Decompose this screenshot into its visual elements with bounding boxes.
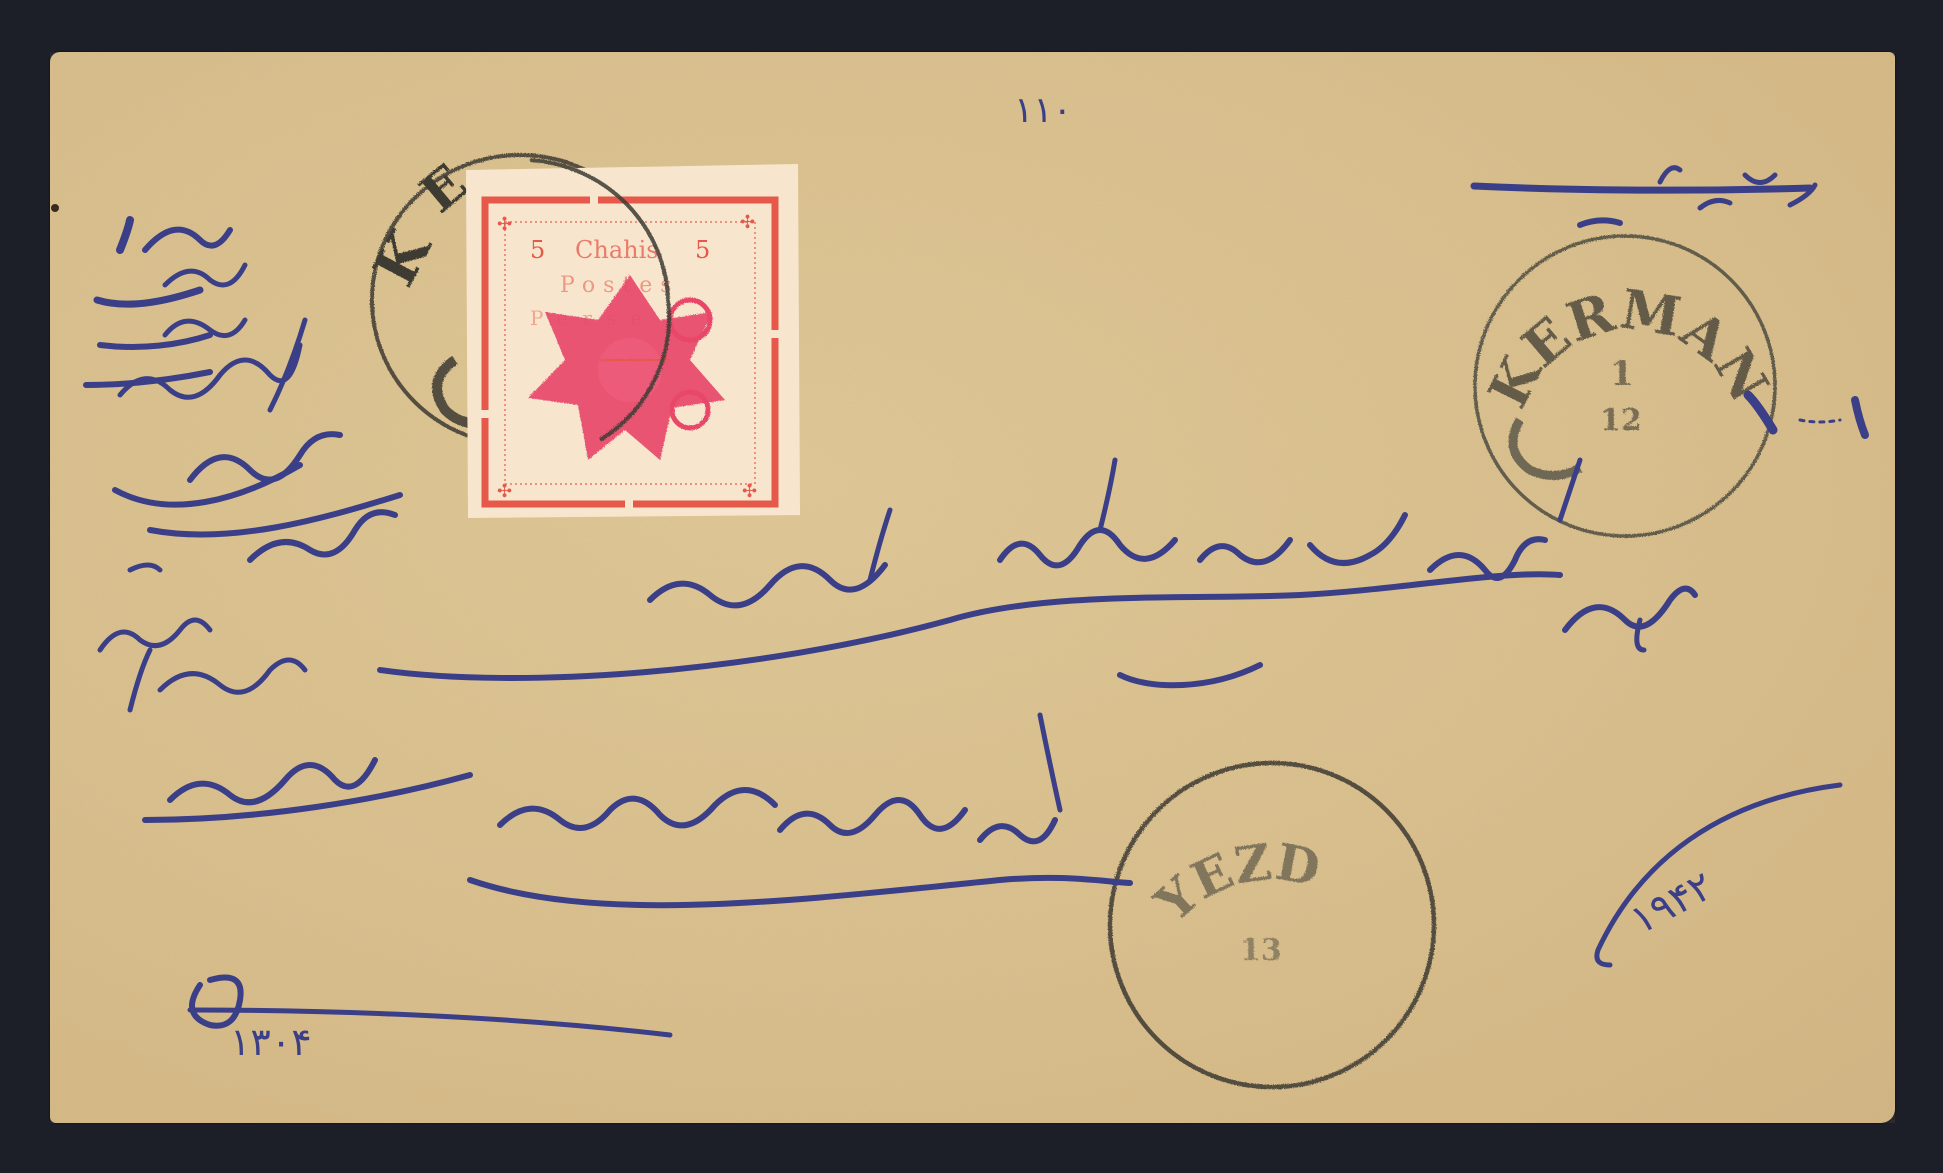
svg-text:12: 12 — [1600, 403, 1642, 438]
postage-stamp: ✣ ✣ ✣ ✣ 5 Chahis 5 Postes Perse — [466, 160, 800, 518]
envelope-artwork: K E 1 12 ✣ ✣ ✣ ✣ 5 Chahis 5 Postes Perse — [0, 0, 1943, 1173]
ink-spot — [51, 204, 59, 212]
svg-text:1: 1 — [1610, 354, 1634, 394]
stamp-value-right: 5 — [695, 236, 710, 264]
svg-text:✣: ✣ — [742, 481, 757, 502]
stamp-currency: Chahis — [575, 236, 659, 264]
top-center-mark: ۱۱۰ — [1014, 90, 1072, 131]
svg-text:✣: ✣ — [740, 212, 755, 233]
svg-text:✣: ✣ — [497, 481, 512, 502]
corner-ornament: ✣ — [497, 214, 512, 235]
paper-texture — [50, 52, 1895, 1123]
svg-text:13: 13 — [1240, 933, 1282, 968]
bottom-left-date: ۱۳۰۴ — [230, 1020, 312, 1064]
stamp-value-left: 5 — [530, 236, 545, 264]
